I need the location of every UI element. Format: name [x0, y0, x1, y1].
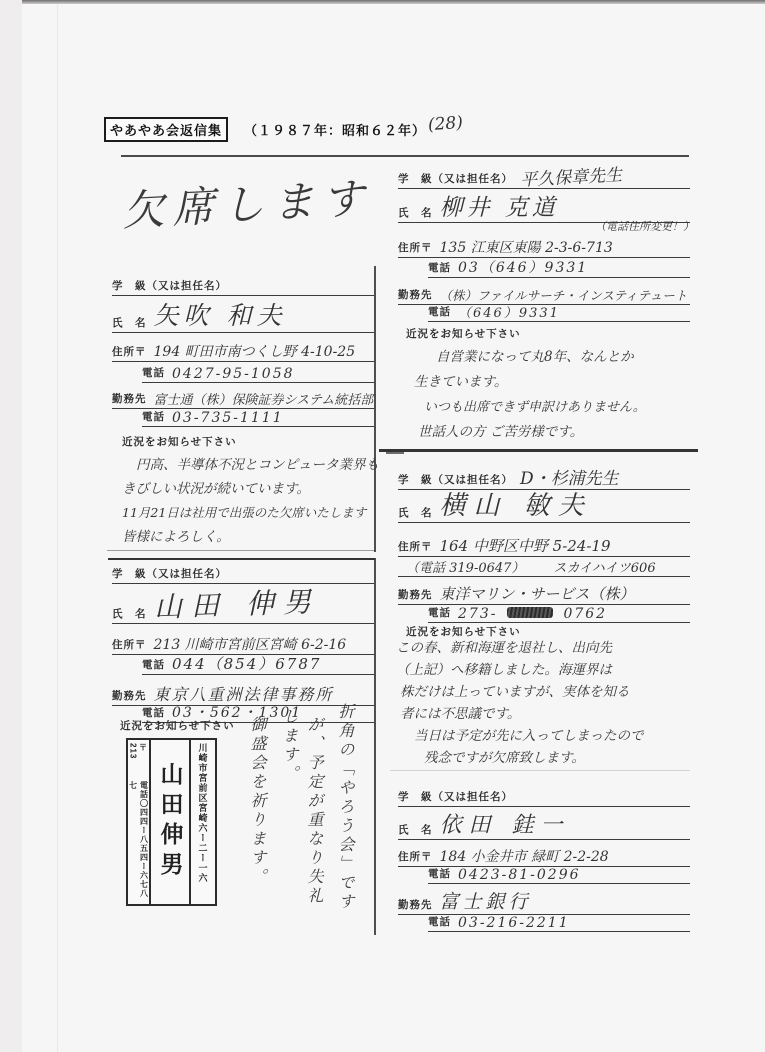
news-line: この春、新和海運を退社し、出向先 — [396, 637, 696, 659]
name-value: 柳井 克道 — [440, 189, 559, 222]
work-phone-value: 03-735-1111 — [172, 410, 284, 426]
news-line: 者には不思議です。 — [400, 703, 696, 725]
news-line: （上記）へ移籍しました。海運界は — [396, 659, 696, 681]
phone-value: 0427-95-1058 — [172, 366, 295, 382]
news-lines-yokoyama: この春、新和海運を退社し、出向先 （上記）へ移籍しました。海運界は 株だけは上っ… — [396, 637, 696, 769]
field-address: 住所〒 135 江東区東陽 2-3-6-713 — [398, 237, 690, 258]
news-line: 自営業になって丸8年、なんとか — [436, 345, 688, 370]
news-label: 近況をお知らせ下さい — [406, 326, 688, 341]
phone-label: 電話 — [142, 409, 165, 426]
news-section-yabuki: 近況をお知らせ下さい 円高、半導体不況とコンピュータ業界も きびしい状況が続いて… — [122, 434, 384, 549]
name-value: 矢吹 和夫 — [154, 296, 287, 332]
scanner-edge-top — [0, 0, 765, 4]
field-address-note: （電話 319-0647） スカイハイツ606 — [398, 557, 690, 577]
address-label: 住所〒 — [398, 539, 433, 556]
news-line: 当日は予定が先に入ってしまったので — [414, 725, 696, 747]
name-value: 横山 敏夫 — [440, 485, 592, 522]
name-value: 依田 銈一 — [440, 808, 570, 839]
field-phone: 電話 0423-81-0296 — [428, 867, 690, 884]
field-name: 氏 名 横山 敏夫 — [398, 490, 690, 523]
field-workplace: 勤務先 東洋マリン・サービス（株） — [398, 585, 690, 605]
grade-label: 学 級（又は担任名） — [112, 278, 227, 295]
field-name: 氏 名 山田 伸男 — [112, 586, 374, 624]
address-value: 135 江東区東陽 2-3-6-713 — [440, 237, 613, 257]
address-stamp-yamada: 〒213 電話〇四四ー八五四ー六七八七 山田伸男 川崎市宮前区宮崎六ー二ー一六 — [126, 738, 217, 906]
scanned-page: やあやあ会返信集 （１９８７年：昭和６２年） (28) 欠席します 学 級（又は… — [0, 0, 765, 1052]
field-address: 住所〒 164 中野区中野 5-24-19 — [398, 535, 690, 557]
grade-label: 学 級（又は担任名） — [398, 171, 513, 188]
stamp-postal-phone: 〒213 電話〇四四ー八五四ー六七八七 — [128, 740, 149, 904]
news-vertical-line: 御盛会を祈ります。 — [246, 716, 269, 931]
address-building-note: スカイハイツ606 — [553, 557, 655, 576]
address-phone-note: （電話 319-0647） — [406, 557, 524, 576]
field-grade: 学 級（又は担任名） — [112, 274, 374, 296]
work-phone-suffix: 0762 — [563, 606, 607, 622]
workplace-value: 富士銀行 — [440, 887, 532, 914]
address-label: 住所〒 — [112, 637, 147, 654]
card-border — [374, 558, 376, 935]
news-line: 株だけは上っていますが、実体を知る — [400, 681, 696, 703]
collection-title: やあやあ会返信集 — [104, 117, 228, 142]
news-line: 皆様によろしく。 — [122, 525, 384, 549]
field-work-phone: 電話 03-735-1111 — [142, 409, 374, 427]
name-value: 山田 伸男 — [153, 580, 320, 626]
workplace-value: 東洋マリン・サービス（株） — [440, 583, 635, 604]
name-label: 氏 名 — [398, 822, 433, 839]
field-phone: 電話 0427-95-1058 — [142, 362, 374, 383]
reply-card-yanai: 学 級（又は担任名） 平久保章先生 氏 名 柳井 克道 （電話住所変更！） 住所… — [398, 166, 690, 322]
address-value: 194 町田市南つくし野 4-10-25 — [154, 341, 356, 361]
news-vertical-line: 折角の「やろう会」です — [334, 703, 357, 958]
workplace-label: 勤務先 — [112, 688, 147, 705]
field-grade: 学 級（又は担任名） — [112, 562, 374, 584]
card-top-border — [108, 558, 375, 560]
grade-label: 学 級（又は担任名） — [112, 566, 227, 583]
sheet-top-border — [121, 155, 689, 157]
reply-card-yamada: 学 級（又は担任名） 氏 名 山田 伸男 住所〒 213 川崎市宮前区宮崎 6-… — [112, 562, 374, 723]
phone-value: 0423-81-0296 — [458, 867, 581, 883]
field-name: 氏 名 矢吹 和夫 — [112, 298, 374, 333]
news-line: 11月21日は社用で出張のた欠席いたします — [122, 501, 384, 525]
address-value: 164 中野区中野 5-24-19 — [440, 535, 611, 556]
field-address: 住所〒 184 小金井市 緑町 2-2-28 — [398, 848, 690, 867]
faint-card-separator — [390, 770, 690, 771]
news-vertical-line: が、予定が重なり失礼 — [303, 716, 326, 951]
news-line: 世話人の方 ご苦労様です。 — [418, 420, 688, 445]
workplace-label: 勤務先 — [398, 587, 433, 604]
workplace-label: 勤務先 — [398, 897, 433, 914]
news-line: 残念ですが欠席致します。 — [424, 747, 696, 769]
stamp-phone: 電話〇四四ー八五四ー六七八七 — [128, 781, 150, 901]
card-separator — [379, 449, 698, 452]
strikeout-scribble — [507, 607, 553, 618]
scanner-edge-left — [0, 0, 22, 1052]
phone-label: 電話 — [428, 866, 451, 883]
change-note: （電話住所変更！） — [595, 218, 694, 234]
workplace-value: 富士通（株）保険証券システム統括部 — [154, 389, 374, 408]
phone-label: 電話 — [142, 365, 165, 382]
field-phone: 電話 03（646）9331 — [428, 258, 690, 278]
phone-value: 044（854）6787 — [172, 653, 321, 674]
address-label: 住所〒 — [398, 849, 433, 866]
address-label: 住所〒 — [112, 344, 147, 361]
news-vertical-line: します。 — [278, 708, 301, 818]
news-label: 近況をお知らせ下さい — [120, 718, 235, 733]
grade-value: 平久保章先生 — [519, 160, 622, 190]
phone-label: 電話 — [428, 605, 451, 622]
stamp-postal: 〒213 — [129, 743, 149, 767]
work-phone-prefix: 273- — [458, 606, 497, 622]
stamp-address: 川崎市宮前区宮崎六ー二ー一六 — [191, 740, 215, 904]
news-line: 円高、半導体不況とコンピュータ業界も — [136, 453, 384, 477]
page-fold-line — [57, 4, 58, 1052]
name-label: 氏 名 — [398, 205, 433, 222]
field-workplace: 勤務先 富士銀行 — [398, 894, 690, 915]
workplace-label: 勤務先 — [112, 391, 147, 408]
phone-label: 電話 — [428, 304, 451, 321]
field-grade: 学 級（又は担任名） — [398, 788, 690, 807]
field-name: 氏 名 依田 銈一 — [398, 807, 690, 840]
field-work-phone: 電話 03-216-2211 — [428, 915, 690, 932]
phone-label: 電話 — [142, 657, 165, 674]
field-grade: 学 級（又は担任名） 平久保章先生 — [398, 166, 690, 189]
work-phone-value: （646）9331 — [458, 302, 560, 321]
reply-card-yabuki: 学 級（又は担任名） 氏 名 矢吹 和夫 住所〒 194 町田市南つくし野 4-… — [112, 274, 374, 427]
address-value: 213 川崎市宮前区宮崎 6-2-16 — [154, 634, 347, 654]
grade-label: 学 級（又は担任名） — [398, 789, 513, 806]
address-value: 184 小金井市 緑町 2-2-28 — [440, 846, 609, 866]
field-address: 住所〒 213 川崎市宮前区宮崎 6-2-16 — [112, 631, 374, 655]
phone-label: 電話 — [428, 260, 451, 277]
name-label: 氏 名 — [112, 315, 147, 332]
field-phone: 電話 044（854）6787 — [142, 655, 374, 675]
news-line: きびしい状況が続いています。 — [122, 477, 384, 501]
stamp-name: 山田伸男 — [149, 740, 191, 904]
reply-card-yokoyama: 学 級（又は担任名） D・杉浦先生 氏 名 横山 敏夫 住所〒 164 中野区中… — [398, 464, 690, 623]
field-address: 住所〒 194 町田市南つくし野 4-10-25 — [112, 339, 374, 362]
field-work-phone: 電話 273- 0762 — [428, 605, 690, 623]
reply-card-yoda: 学 級（又は担任名） 氏 名 依田 銈一 住所〒 184 小金井市 緑町 2-2… — [398, 788, 690, 932]
field-work-phone: 電話 （646）9331 — [428, 305, 690, 322]
news-line: いつも出席できず申訳けありません。 — [424, 395, 688, 420]
news-label: 近況をお知らせ下さい — [122, 434, 384, 449]
phone-value: 03（646）9331 — [458, 257, 588, 277]
news-line: 生きています。 — [414, 370, 688, 395]
scan-mark — [386, 452, 404, 454]
name-label: 氏 名 — [112, 606, 147, 623]
header-year: （１９８７年：昭和６２年） — [244, 120, 426, 139]
absence-note: 欠席します — [121, 165, 374, 238]
news-section-yanai: 近況をお知らせ下さい 自営業になって丸8年、なんとか 生きています。 いつも出席… — [406, 326, 688, 445]
address-label: 住所〒 — [398, 240, 433, 257]
card-bottom-border — [107, 550, 375, 551]
sheet-number: (28) — [427, 113, 463, 135]
field-workplace: 勤務先 富士通（株）保険証券システム統括部 — [112, 386, 374, 409]
workplace-label: 勤務先 — [398, 287, 433, 304]
name-label: 氏 名 — [398, 505, 433, 522]
work-phone-value: 03-216-2211 — [458, 915, 570, 931]
phone-label: 電話 — [428, 914, 451, 931]
